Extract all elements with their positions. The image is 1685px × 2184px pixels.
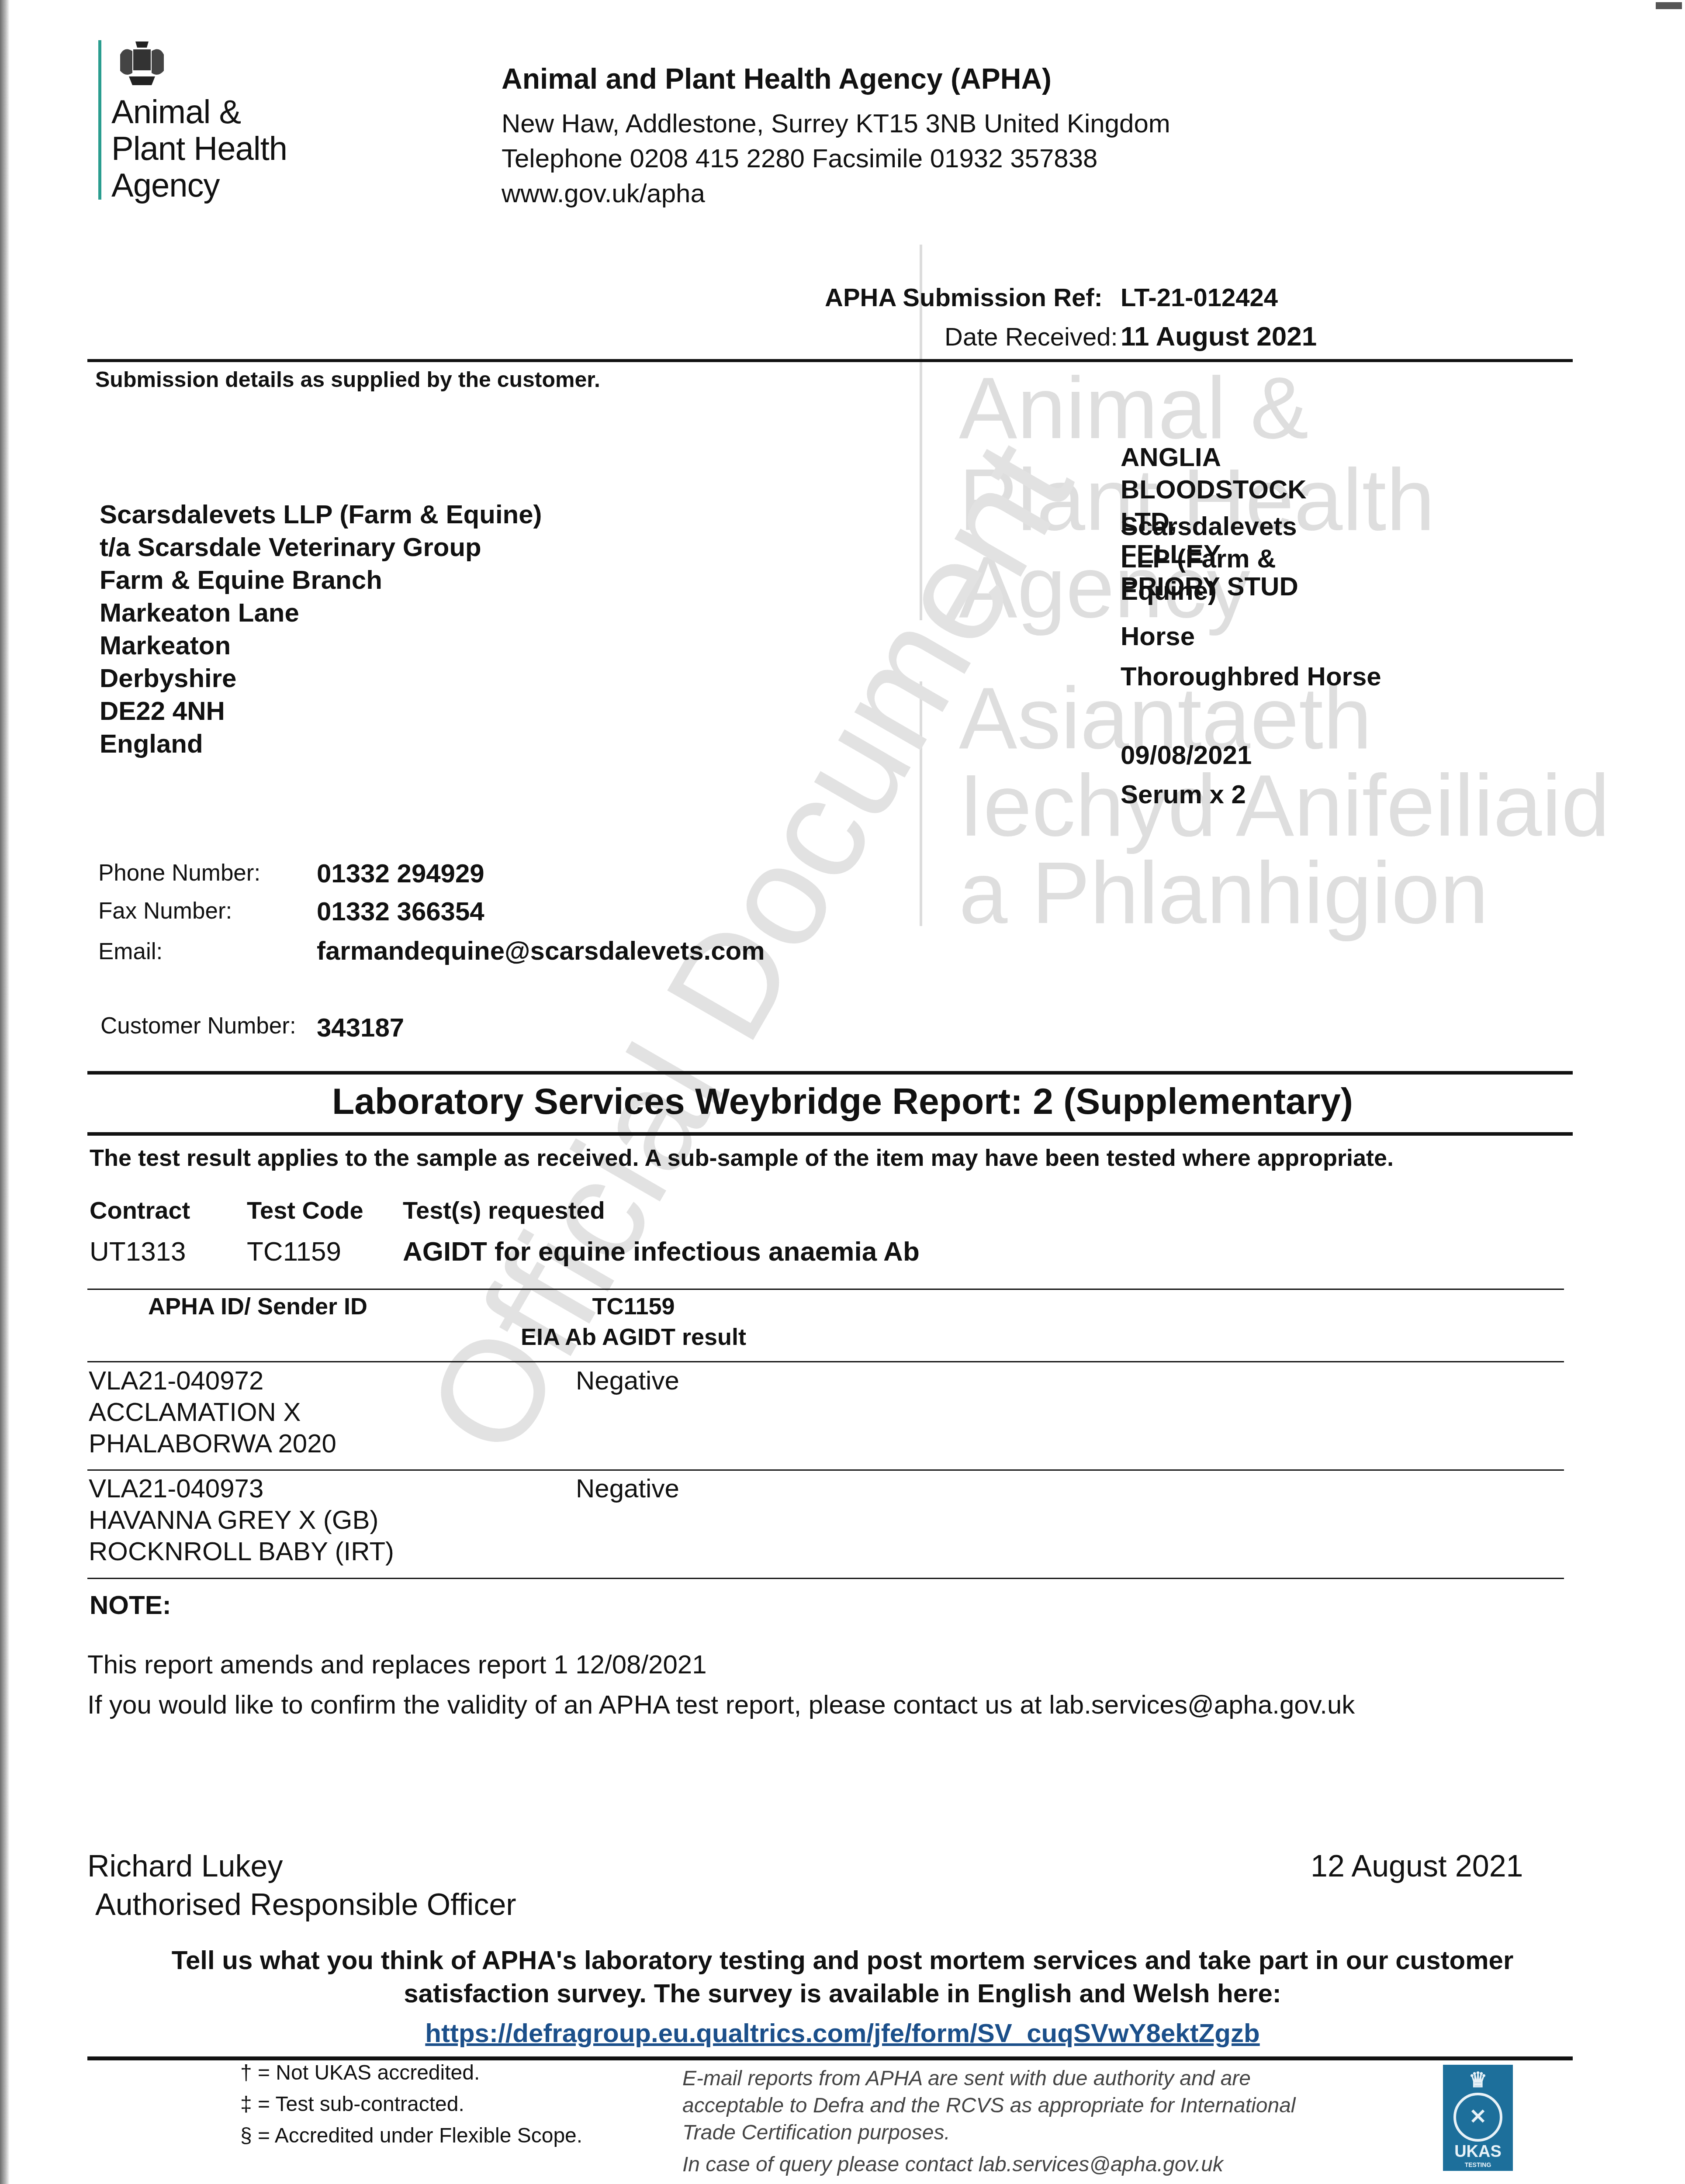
test-name-value: AGIDT for equine infectious anaemia Ab <box>403 1236 920 1267</box>
customer-number-value: 343187 <box>317 1013 404 1043</box>
col-header-result-code: TC1159 <box>481 1293 786 1320</box>
divider <box>87 1071 1573 1075</box>
logo-line: Animal & <box>111 94 287 131</box>
address-line: DE22 4NH <box>100 695 542 727</box>
dagger-icon: † <box>240 2061 258 2085</box>
address-line: Derbyshire <box>100 662 542 695</box>
org-website[interactable]: www.gov.uk/apha <box>502 178 705 208</box>
sample-id: VLA21-040973 HAVANNA GREY X (GB) ROCKNRO… <box>89 1473 394 1567</box>
watermark-line: Iechyd Anifeiliaid <box>959 756 1610 856</box>
royal-crest-icon <box>111 37 173 90</box>
field-value-breed: Thoroughbred Horse <box>1121 660 1381 693</box>
legend-text: = Accredited under Flexible Scope. <box>258 2124 582 2147</box>
logo-line: Agency <box>111 167 287 204</box>
table-bottom-border <box>87 1578 1564 1579</box>
sample-id: VLA21-040972 ACCLAMATION X PHALABORWA 20… <box>89 1365 336 1459</box>
sample-result: Negative <box>576 1473 679 1504</box>
report-title: Laboratory Services Weybridge Report: 2 … <box>0 1080 1685 1123</box>
date-received-value: 11 August 2021 <box>1121 321 1317 352</box>
field-value-date-sampling: 09/08/2021 <box>1121 739 1252 771</box>
survey-link-text[interactable]: https://defragroup.eu.qualtrics.com/jfe/… <box>425 2018 1259 2048</box>
submission-heading: Submission details as supplied by the cu… <box>95 367 600 392</box>
address-line: England <box>100 727 542 760</box>
double-dagger-icon: ‡ <box>240 2092 258 2116</box>
crown-icon: ♛ <box>1443 2070 1513 2091</box>
note-line: This report amends and replaces report 1… <box>87 1649 707 1679</box>
legend-item: †= Not UKAS accredited. <box>240 2061 480 2085</box>
customer-number-label: Customer Number: <box>100 1013 296 1039</box>
legend-item: §= Accredited under Flexible Scope. <box>240 2124 582 2148</box>
field-value-sender: Scarsdalevets LLP (Farm & Equine) <box>1121 510 1297 607</box>
address-line: Markeaton <box>100 629 542 662</box>
note-heading: NOTE: <box>90 1590 171 1620</box>
address-line: Scarsdalevets LLP (Farm & Equine) <box>100 498 542 531</box>
logo-line: Plant Health <box>111 131 287 167</box>
legend-text: = Not UKAS accredited. <box>258 2061 480 2084</box>
col-header-result-name: EIA Ab AGIDT result <box>481 1324 786 1351</box>
submission-ref-label: APHA Submission Ref: <box>825 283 1103 312</box>
survey-text: satisfaction survey. The survey is avail… <box>0 1977 1685 2010</box>
org-name: Animal and Plant Health Agency (APHA) <box>502 62 1052 95</box>
legend-item: ‡= Test sub-contracted. <box>240 2092 464 2116</box>
submission-ref-value: LT-21-012424 <box>1121 283 1278 312</box>
divider <box>87 359 1573 362</box>
query-note: In case of query please contact lab.serv… <box>682 2151 1223 2178</box>
phone-label: Phone Number: <box>98 860 260 886</box>
scan-mark <box>1656 2 1682 9</box>
table-row-border <box>87 1469 1564 1471</box>
survey-text: Tell us what you think of APHA's laborat… <box>0 1944 1685 1977</box>
address-line: Markeaton Lane <box>100 596 542 629</box>
legend-text: = Test sub-contracted. <box>258 2093 464 2116</box>
email-value[interactable]: farmandequine@scarsdalevets.com <box>317 936 765 966</box>
test-code-value: TC1159 <box>247 1236 341 1267</box>
field-value-species: Horse <box>1121 620 1195 653</box>
table-top-border <box>87 1289 1564 1290</box>
signatory-title: Authorised Responsible Officer <box>95 1887 516 1922</box>
customer-address: Scarsdalevets LLP (Farm & Equine) t/a Sc… <box>100 498 542 760</box>
footer-divider <box>87 2056 1573 2060</box>
email-label: Email: <box>98 938 163 965</box>
test-disclaimer: The test result applies to the sample as… <box>90 1144 1394 1171</box>
logo-accent-bar <box>98 40 101 200</box>
logo-text: Animal & Plant Health Agency <box>111 94 287 204</box>
email-note: E-mail reports from APHA are sent with d… <box>682 2065 1296 2146</box>
divider <box>87 1132 1573 1136</box>
org-phone: Telephone 0208 415 2280 Facsimile 01932 … <box>502 143 1097 173</box>
survey-link[interactable]: https://defragroup.eu.qualtrics.com/jfe/… <box>0 2018 1685 2048</box>
email-note-line: E-mail reports from APHA are sent with d… <box>682 2065 1296 2092</box>
report-date: 12 August 2021 <box>1311 1849 1523 1883</box>
address-line: Farm & Equine Branch <box>100 563 542 596</box>
email-note-line: Trade Certification purposes. <box>682 2119 1296 2146</box>
note-line: If you would like to confirm the validit… <box>87 1690 1355 1720</box>
contract-header: Contract <box>90 1196 190 1224</box>
ukas-emblem-icon: ✕ <box>1453 2093 1502 2142</box>
date-received-label: Date Received: <box>945 322 1118 352</box>
ukas-label: UKAS <box>1443 2143 1513 2161</box>
ukas-logo: ♛ ✕ UKAS TESTING <box>1443 2065 1513 2171</box>
ukas-sublabel: TESTING <box>1443 2161 1513 2168</box>
contract-value: UT1313 <box>90 1236 186 1267</box>
fax-label: Fax Number: <box>98 898 232 924</box>
section-sign-icon: § <box>240 2124 258 2148</box>
address-line: t/a Scarsdale Veterinary Group <box>100 531 542 563</box>
tests-requested-header: Test(s) requested <box>403 1196 605 1224</box>
table-row-border <box>87 1361 1564 1362</box>
signatory-name: Richard Lukey <box>87 1849 283 1883</box>
field-value-samples: Serum x 2 <box>1121 778 1246 811</box>
sample-result: Negative <box>576 1365 679 1396</box>
col-header-id: APHA ID/ Sender ID <box>96 1293 419 1320</box>
fax-value: 01332 366354 <box>317 896 484 926</box>
email-note-line: acceptable to Defra and the RCVS as appr… <box>682 2092 1296 2119</box>
org-address: New Haw, Addlestone, Surrey KT15 3NB Uni… <box>502 108 1170 138</box>
phone-value: 01332 294929 <box>317 858 484 888</box>
test-code-header: Test Code <box>247 1196 363 1224</box>
watermark-line: a Phlanhigion <box>959 843 1488 943</box>
